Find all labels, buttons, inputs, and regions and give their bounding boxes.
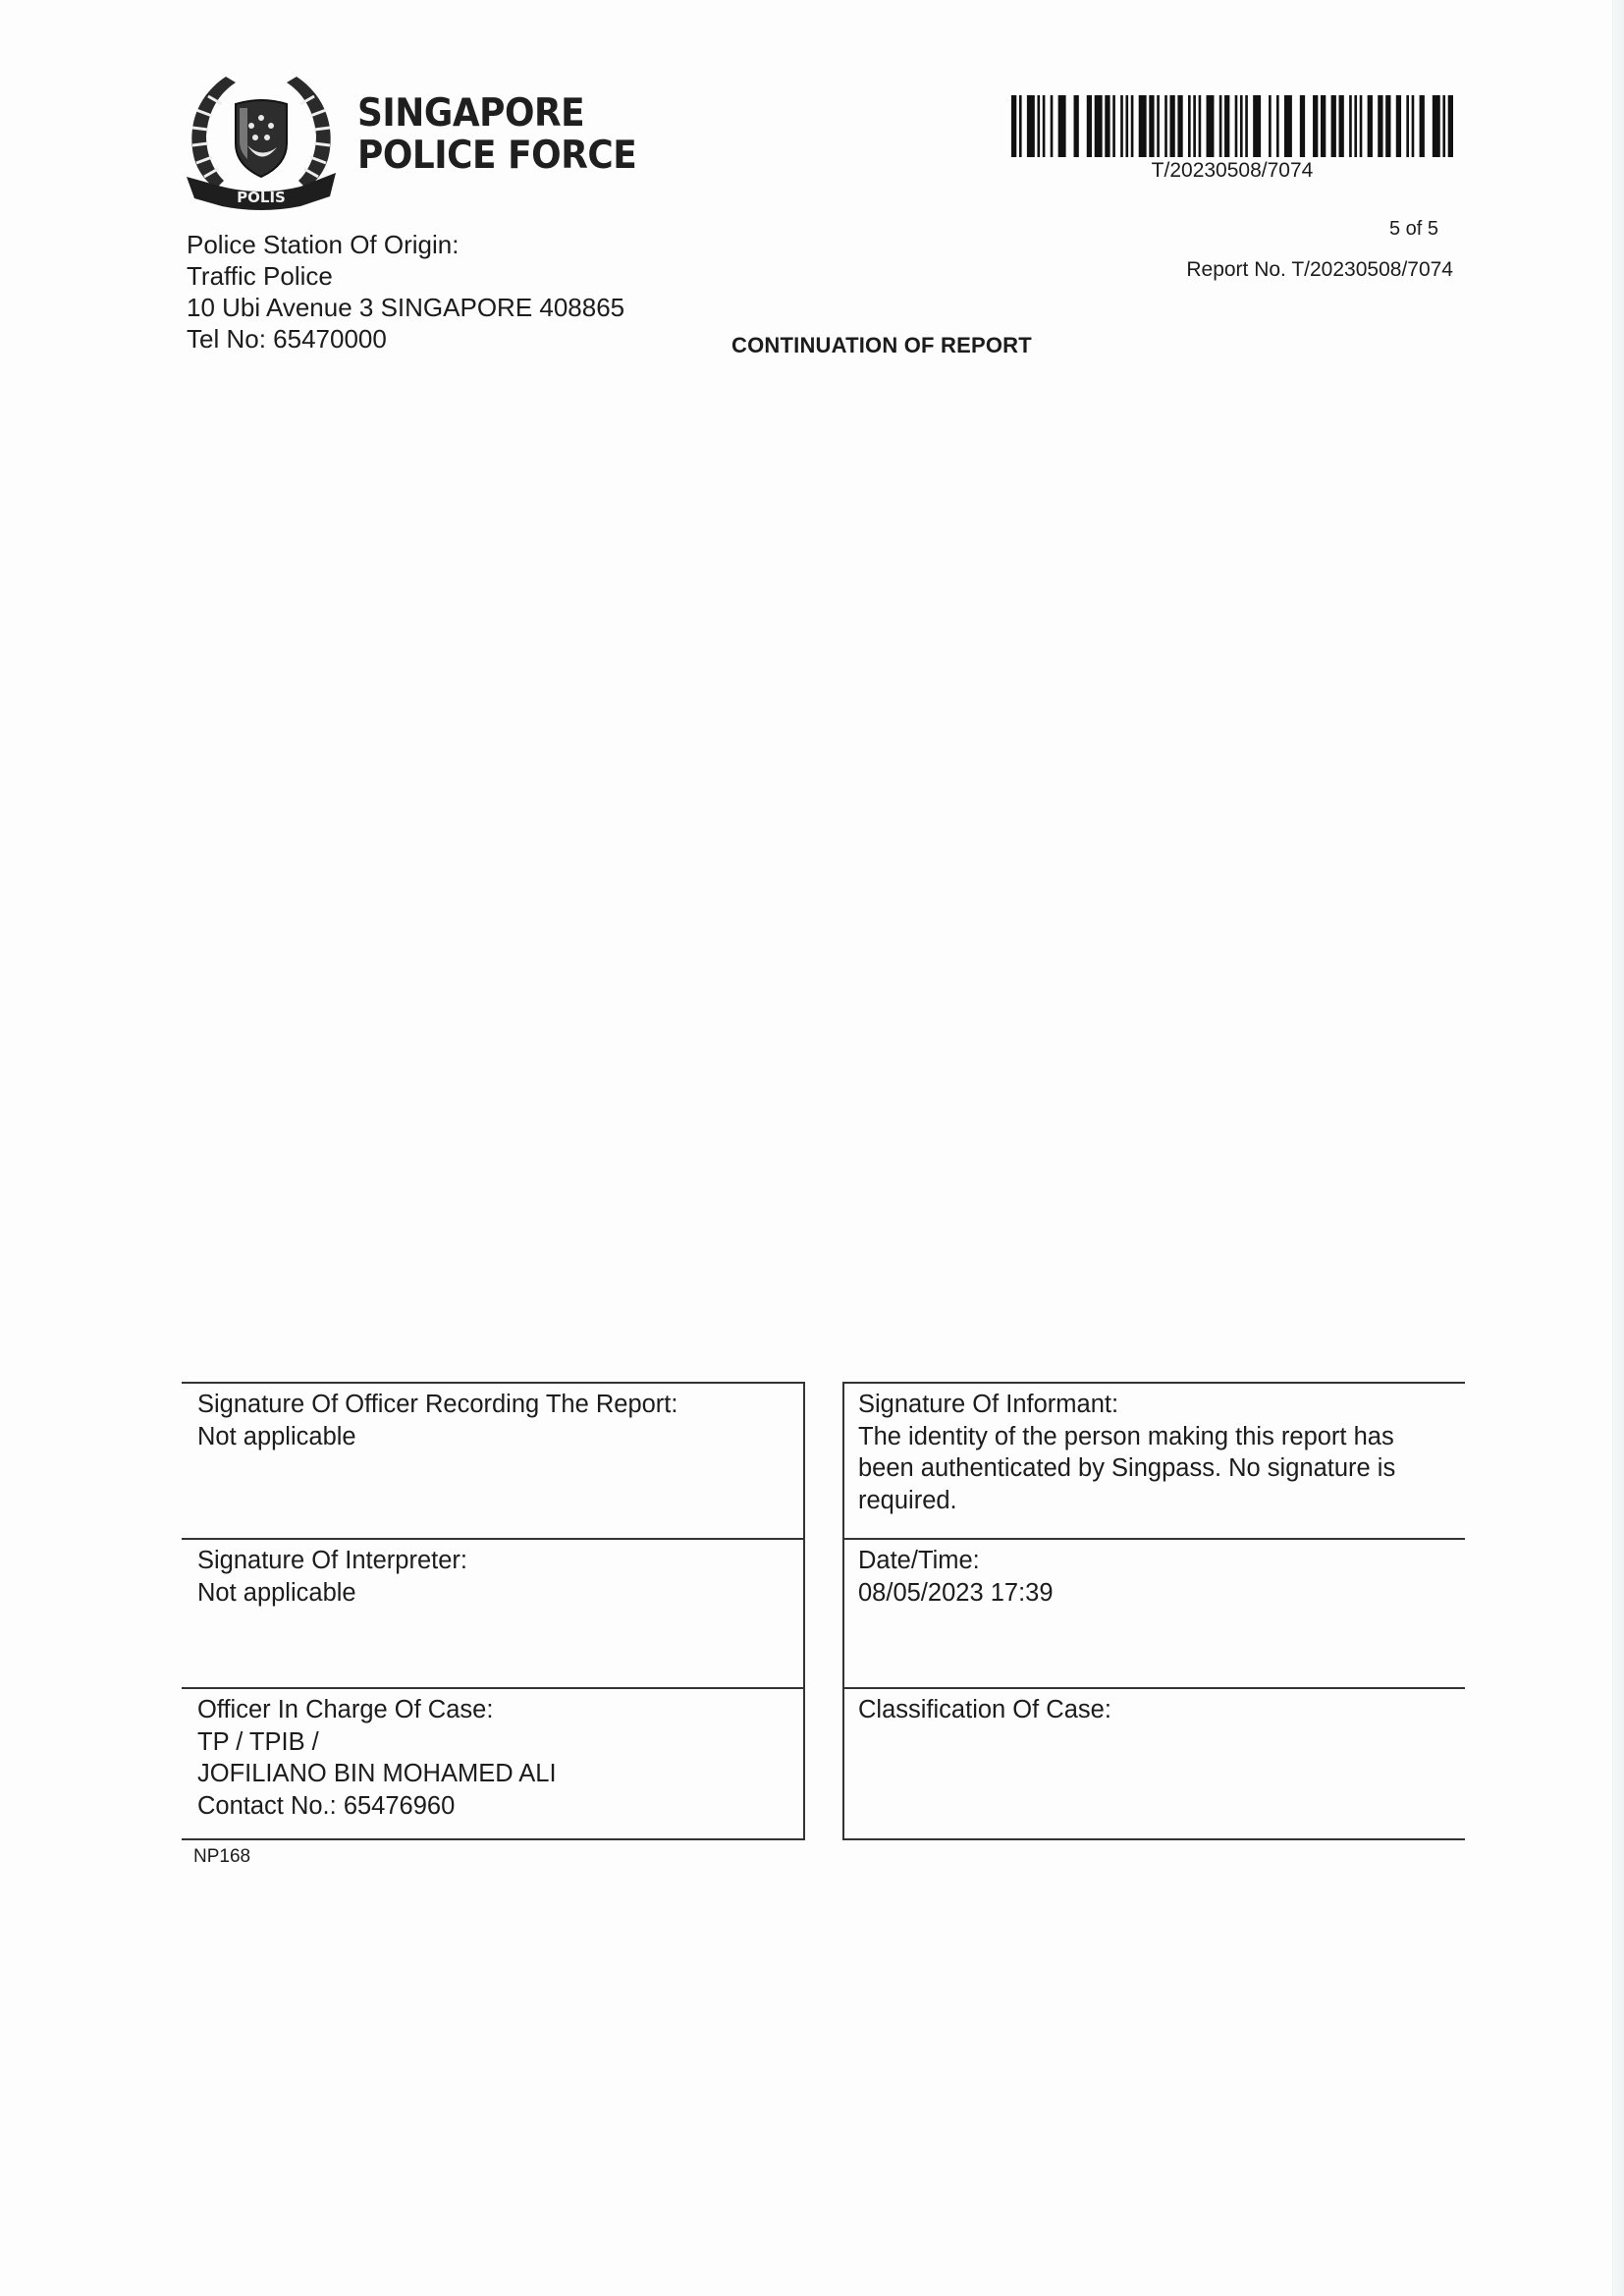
cell-label: Signature Of Officer Recording The Repor… [197,1389,789,1421]
cell-value: The identity of the person making this r… [858,1421,1451,1517]
officer-unit: TP / TPIB / [197,1726,789,1759]
police-station-of-origin: Police Station Of Origin: Traffic Police… [187,229,624,355]
cell-label: Signature Of Informant: [858,1389,1451,1421]
cell-value: Not applicable [197,1577,789,1610]
interpreter-signature-cell: Signature Of Interpreter: Not applicable [182,1538,803,1687]
station-name: Traffic Police [187,260,624,292]
organization-name: SINGAPORE POLICE FORCE [357,92,636,177]
cell-value: Not applicable [197,1421,789,1453]
form-code: NP168 [193,1846,250,1868]
signature-column-right: Signature Of Informant: The identity of … [842,1382,1465,1840]
page-indicator: 5 of 5 [1335,218,1438,241]
barcode-icon [1011,95,1453,157]
officer-recording-signature-cell: Signature Of Officer Recording The Repor… [182,1382,803,1538]
cell-label: Classification Of Case: [858,1694,1451,1726]
station-label: Police Station Of Origin: [187,229,624,260]
officer-in-charge-cell: Officer In Charge Of Case: TP / TPIB / J… [182,1687,803,1840]
date-time-cell: Date/Time: 08/05/2023 17:39 [844,1538,1465,1687]
police-crest-logo-icon: POLIS [183,71,340,216]
report-number: Report No. T/20230508/7074 [1080,258,1453,282]
cell-label: Signature Of Interpreter: [197,1545,789,1577]
cell-label: Officer In Charge Of Case: [197,1694,789,1726]
date-time-value: 08/05/2023 17:39 [858,1577,1451,1610]
informant-signature-cell: Signature Of Informant: The identity of … [844,1382,1465,1538]
officer-contact: Contact No.: 65476960 [197,1790,789,1823]
document-title: CONTINUATION OF REPORT [731,333,1032,358]
svg-text:POLIS: POLIS [237,189,286,206]
organization-name-line1: SINGAPORE [357,92,636,135]
organization-name-line2: POLICE FORCE [357,135,636,177]
classification-cell: Classification Of Case: [844,1687,1465,1840]
barcode-number: T/20230508/7074 [1011,159,1453,183]
station-tel: Tel No: 65470000 [187,323,624,355]
cell-label: Date/Time: [858,1545,1451,1577]
page-edge-shadow [1612,0,1624,2296]
signature-column-left: Signature Of Officer Recording The Repor… [182,1382,805,1840]
station-address: 10 Ubi Avenue 3 SINGAPORE 408865 [187,292,624,323]
officer-name: JOFILIANO BIN MOHAMED ALI [197,1758,789,1790]
